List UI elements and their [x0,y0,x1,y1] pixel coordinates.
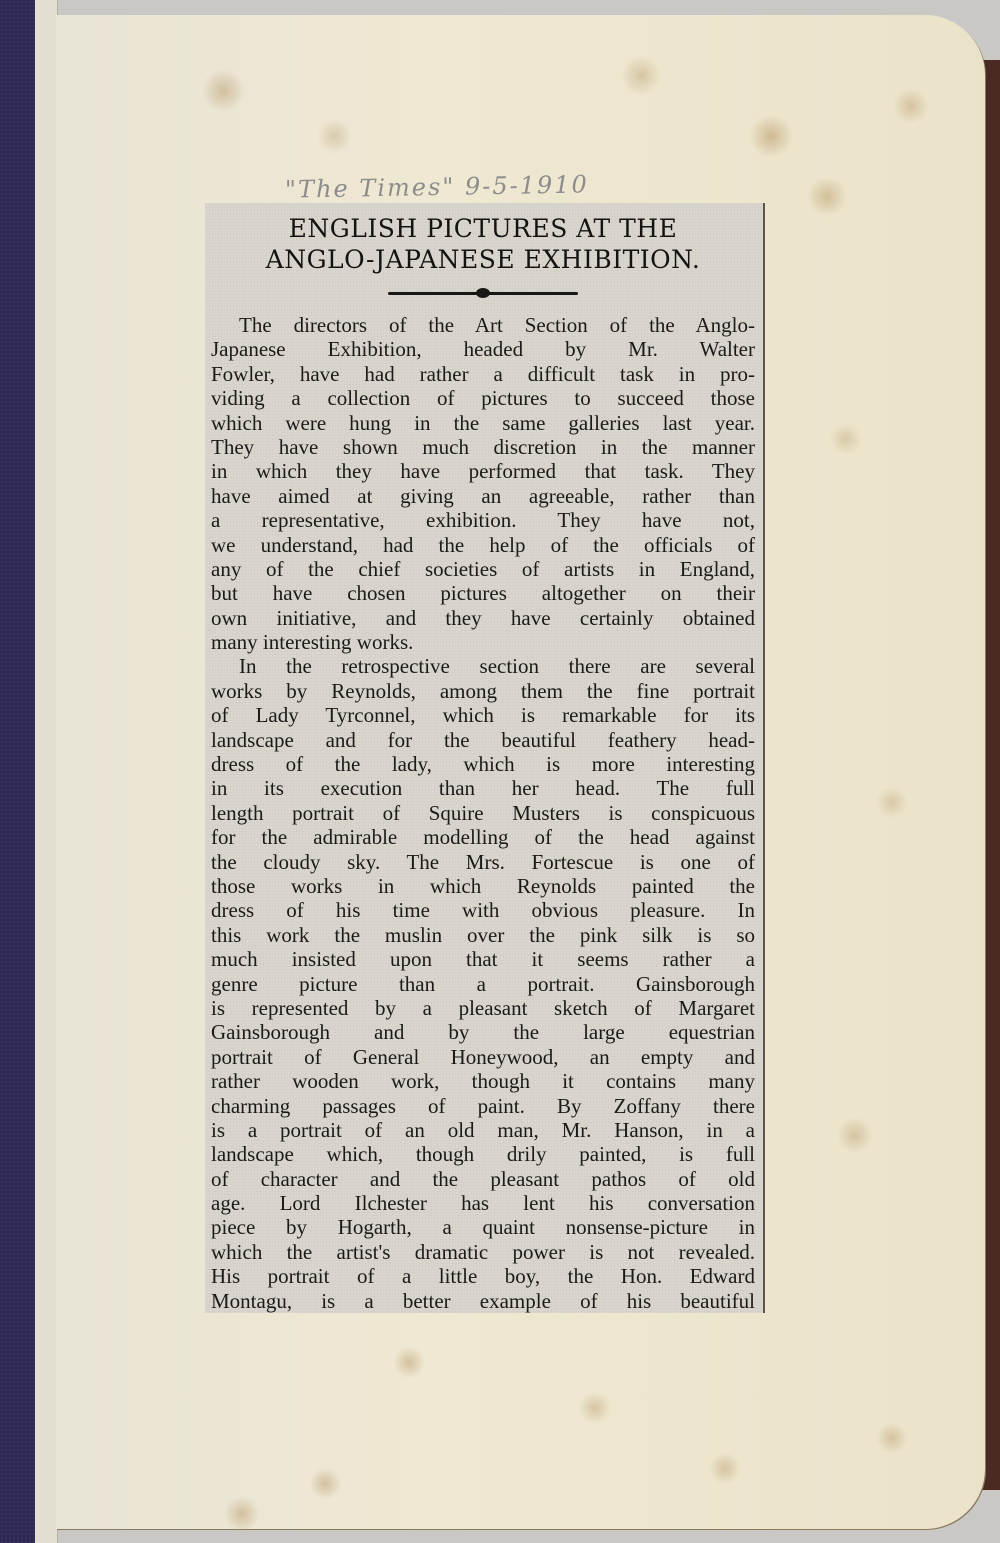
text-line: is represented by a pleasant sketch of M… [211,996,755,1020]
rule-knot-icon [476,288,490,298]
text-line: a representative, exhibition. They have … [211,508,755,532]
text-line: The directors of the Art Section of the … [211,313,755,337]
paragraph-1: The directors of the Art Section of the … [211,313,755,654]
text-line: landscape and for the beautiful feathery… [211,728,755,752]
text-line: many interesting works. [211,630,755,654]
text-line: which were hung in the same galleries la… [211,411,755,435]
text-line: Fowler, have had rather a difficult task… [211,362,755,386]
text-line: which the artist's dramatic power is not… [211,1240,755,1264]
text-line: They have shown much discretion in the m… [211,435,755,459]
text-line: Gainsborough and by the large equestrian [211,1020,755,1044]
text-line: Japanese Exhibition, headed by Mr. Walte… [211,337,755,361]
article-body: The directors of the Art Section of the … [211,313,755,1313]
text-line: those works in which Reynolds painted th… [211,874,755,898]
paragraph-2: In the retrospective section there are s… [211,654,755,1313]
text-line: in its execution than her head. The full [211,776,755,800]
headline: ENGLISH PICTURES AT THE ANGLO-JAPANESE E… [211,213,755,275]
text-line: this work the muslin over the pink silk … [211,923,755,947]
text-line: the cloudy sky. The Mrs. Fortescue is on… [211,850,755,874]
text-line: dress of his time with obvious pleasure.… [211,898,755,922]
text-line: any of the chief societies of artists in… [211,557,755,581]
text-line: works by Reynolds, among them the fine p… [211,679,755,703]
newspaper-clipping: ENGLISH PICTURES AT THE ANGLO-JAPANESE E… [205,203,765,1313]
text-line: Montagu, is a better example of his beau… [211,1289,755,1313]
headline-line-2: ANGLO-JAPANESE EXHIBITION. [211,244,755,275]
text-line: In the retrospective section there are s… [211,654,755,678]
text-line: portrait of General Honeywood, an empty … [211,1045,755,1069]
text-line: viding a collection of pictures to succe… [211,386,755,410]
text-line: in which they have performed that task. … [211,459,755,483]
text-line: is a portrait of an old man, Mr. Hanson,… [211,1118,755,1142]
text-line: have aimed at giving an agreeable, rathe… [211,484,755,508]
text-line: for the admirable modelling of the head … [211,825,755,849]
headline-line-1: ENGLISH PICTURES AT THE [211,213,755,244]
text-line: we understand, had the help of the offic… [211,533,755,557]
ornamental-rule [388,287,578,299]
text-line: own initiative, and they have certainly … [211,606,755,630]
text-line: rather wooden work, though it contains m… [211,1069,755,1093]
text-line: charming passages of paint. By Zoffany t… [211,1094,755,1118]
text-line: but have chosen pictures altogether on t… [211,581,755,605]
text-line: of Lady Tyrconnel, which is remarkable f… [211,703,755,727]
text-line: landscape which, though drily painted, i… [211,1142,755,1166]
text-line: His portrait of a little boy, the Hon. E… [211,1264,755,1288]
book-binding [0,0,35,1543]
text-line: age. Lord Ilchester has lent his convers… [211,1191,755,1215]
text-line: much insisted upon that it seems rather … [211,947,755,971]
text-line: dress of the lady, which is more interes… [211,752,755,776]
text-line: of character and the pleasant pathos of … [211,1167,755,1191]
text-line-with-italic-genre: genre picture than a portrait. Gainsboro… [211,972,755,996]
flyleaf-edge [35,0,58,1543]
text-line: piece by Hogarth, a quaint nonsense-pict… [211,1215,755,1239]
text-line: length portrait of Squire Musters is con… [211,801,755,825]
